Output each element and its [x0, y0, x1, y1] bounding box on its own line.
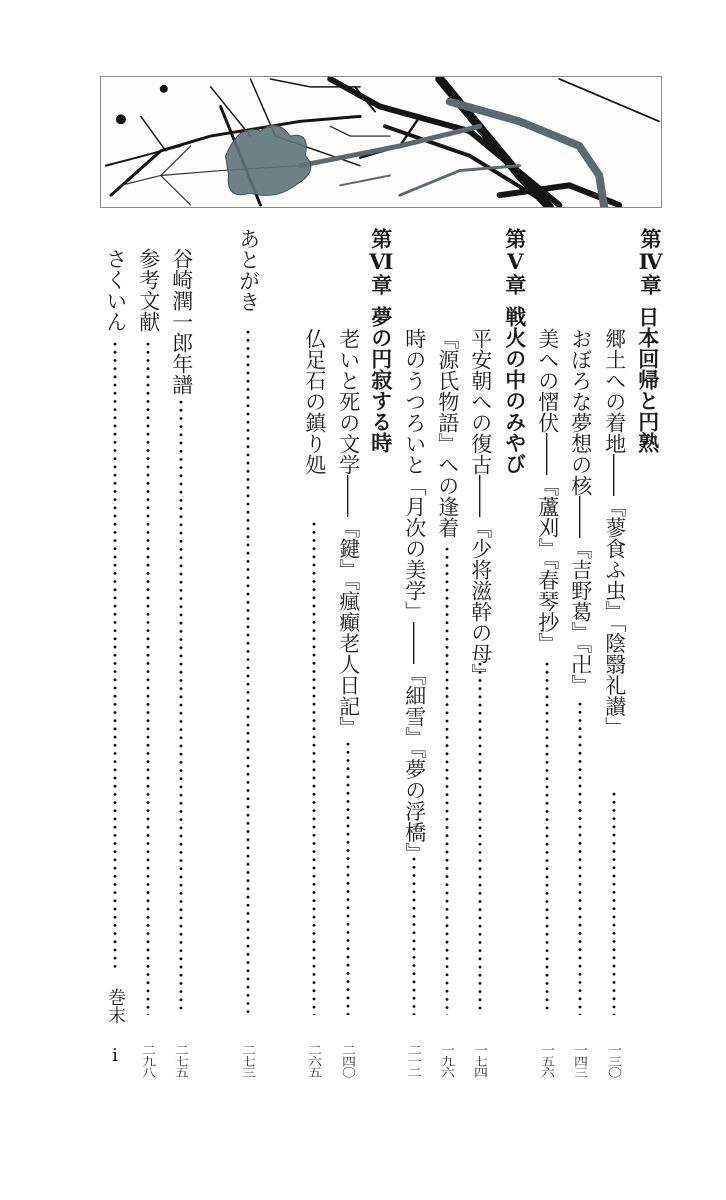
page-number: 二六五 — [308, 1044, 320, 1078]
chapter-title-text: 日本回帰と円熟 — [637, 306, 659, 453]
page-number: 一三〇 — [608, 1044, 620, 1078]
toc-entry-afterword[interactable]: あとがき 二七三 — [235, 0, 261, 1200]
page-number: 二一二 — [408, 1044, 420, 1078]
dot-leader — [146, 340, 150, 1015]
toc-entry[interactable]: おぼろな夢想の核――『吉野葛』『卍』 一四三 — [567, 0, 593, 1200]
page-number: 二四〇 — [342, 1044, 354, 1078]
page-number: 一四三 — [574, 1044, 586, 1078]
dot-leader — [179, 398, 183, 1015]
page-number: 二九八 — [142, 1044, 154, 1078]
toc-entry[interactable]: 時のうつろいと「月次の美学」――『細雪』『夢の浮橋』 二一二 — [401, 0, 427, 1200]
chapter-title-text: 戦火の中のみやび — [504, 306, 526, 474]
entry-title: 美への慴伏――『蘆刈』『春琴抄』 — [536, 328, 558, 654]
toc-entry[interactable]: 仏足石の鎮り処 二六五 — [301, 0, 327, 1200]
toc-entry-index[interactable]: さくいん 巻末 i — [102, 0, 128, 1200]
toc-entry-bibliography[interactable]: 参考文献 二九八 — [135, 0, 161, 1200]
chapter-label-text: 第Ⅵ章 — [370, 228, 392, 295]
toc-entry[interactable]: 郷土への着地――『蓼食ふ虫』「陰翳礼讃」 一三〇 — [601, 0, 627, 1200]
dot-leader — [578, 700, 582, 1015]
page-number: 一九六 — [441, 1044, 453, 1078]
chapter-label-text: 第Ⅳ章 — [635, 228, 661, 295]
chapter-title: 日本回帰と円熟 — [635, 306, 661, 453]
page-number: 二七五 — [175, 1044, 187, 1078]
entry-title: 郷土への着地――『蓼食ふ虫』「陰翳礼讃」 — [603, 328, 625, 738]
entry-title: 老いと死の文学――『鍵』『瘋癲老人日記』 — [337, 328, 359, 738]
chapter-5-heading: 第Ⅴ章 戦火の中のみやび — [502, 0, 528, 1200]
toc-entry[interactable]: 『源氏物語』への逢着 一九六 — [434, 0, 460, 1200]
chapter-6-heading: 第Ⅵ章 夢の円寂する時 — [368, 0, 394, 1200]
entry-title: 平安朝への復古――『少将滋幹の母』 — [469, 328, 491, 685]
entry-title: 時のうつろいと「月次の美学」――『細雪』『夢の浮橋』 — [403, 328, 425, 864]
page-number: 二七三 — [242, 1044, 254, 1078]
toc-entry[interactable]: 美への慴伏――『蘆刈』『春琴抄』 一五六 — [534, 0, 560, 1200]
page-number: 一七四 — [474, 1044, 486, 1078]
chapter-label-text: 第Ⅴ章 — [504, 228, 526, 295]
dot-leader — [312, 520, 316, 1015]
chapter-label: 第Ⅳ章 — [635, 228, 661, 295]
page-number: 一五六 — [541, 1044, 553, 1078]
dot-leader — [113, 340, 117, 970]
dot-leader — [478, 660, 482, 1015]
chapter-title-text: 夢の円寂する時 — [370, 306, 392, 453]
entry-title: 参考文献 — [137, 248, 159, 332]
entry-title: さくいん — [104, 248, 126, 332]
dot-leader — [246, 328, 250, 1015]
page-prefix: 巻末 — [105, 988, 125, 1024]
entry-title: 『源氏物語』への逢着 — [436, 328, 458, 538]
dot-leader — [445, 545, 449, 1015]
dot-leader — [412, 855, 416, 1015]
toc-entry[interactable]: 老いと死の文学――『鍵』『瘋癲老人日記』 二四〇 — [335, 0, 361, 1200]
entry-title: 仏足石の鎮り処 — [303, 328, 325, 475]
toc-entry-chronology[interactable]: 谷崎潤一郎年譜 二七五 — [168, 0, 194, 1200]
chapter-4-heading: 第Ⅳ章 日本回帰と円熟 — [635, 0, 661, 1200]
dot-leader — [545, 660, 549, 1015]
entry-title: あとがき — [237, 228, 259, 312]
entry-title: おぼろな夢想の核――『吉野葛』『卍』 — [569, 328, 591, 696]
entry-title: 谷崎潤一郎年譜 — [170, 248, 192, 395]
dot-leader — [346, 740, 350, 1015]
toc-entry[interactable]: 平安朝への復古――『少将滋幹の母』 一七四 — [467, 0, 493, 1200]
dot-leader — [612, 790, 616, 1015]
page-number: i — [112, 1045, 118, 1067]
